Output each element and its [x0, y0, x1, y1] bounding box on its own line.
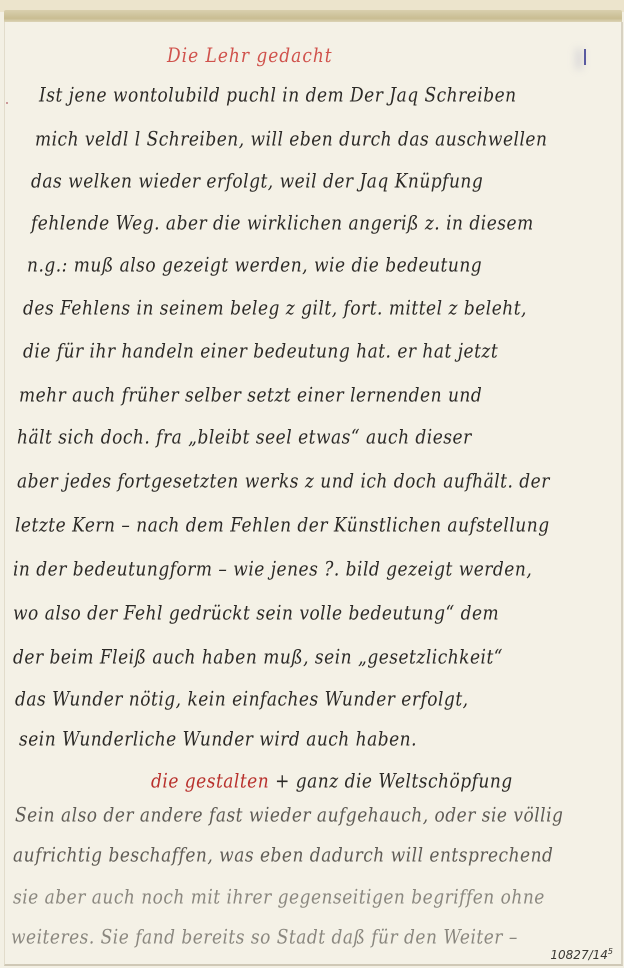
handwritten-line-8: mehr auch früher selber setzt einer lern… [19, 384, 482, 407]
handwritten-line-2: mich veldl l Schreiben, will eben durch … [35, 128, 547, 151]
blue-pencil-page-marker [584, 49, 586, 65]
handwritten-line-19: sie aber auch noch mit ihrer gegenseitig… [13, 886, 545, 909]
handwritten-line-16: sein Wunderliche Wunder wird auch haben. [19, 728, 417, 751]
handwritten-line-1: Ist jene wontolubild puchl in dem Der Ja… [39, 84, 517, 107]
subheading-grey-part: + ganz die Weltschöpfung [275, 770, 513, 793]
handwritten-line-7: die für ihr handeln einer bedeutung hat.… [23, 340, 498, 363]
red-pencil-heading: Die Lehr gedacht [167, 45, 333, 68]
handwritten-line-9: hält sich doch. fra „bleibt seel etwas“ … [17, 426, 472, 449]
handwritten-line-14: der beim Fleiß auch haben muß, sein „ges… [13, 646, 503, 669]
handwritten-line-6: des Fehlens in seinem beleg z gilt, fort… [23, 297, 527, 320]
margin-mark [6, 102, 8, 104]
handwritten-line-20: weiteres. Sie fand bereits so Stadt daß … [11, 926, 518, 949]
manuscript-page: Die Lehr gedacht Ist jene wontolubild pu… [4, 22, 623, 966]
handwritten-line-17: Sein also der andere fast wieder aufgeha… [15, 804, 563, 827]
handwritten-line-15: das Wunder nötig, kein einfaches Wunder … [15, 688, 469, 711]
handwritten-line-10: aber jedes fortgesetzten werks z und ich… [17, 470, 550, 493]
subheading: die gestalten + ganz die Weltschöpfung [151, 770, 513, 793]
handwritten-line-11: letzte Kern – nach dem Fehlen der Künstl… [15, 514, 550, 537]
manuscript-scan: Die Lehr gedacht Ist jene wontolubild pu… [0, 0, 624, 968]
subheading-red-part: die gestalten [151, 770, 269, 793]
handwritten-line-3: das welken wieder erfolgt, weil der Jaq … [31, 170, 483, 193]
handwritten-line-13: wo also der Fehl gedrückt sein volle bed… [13, 602, 499, 625]
handwritten-line-18: aufrichtig beschaffen, was eben dadurch … [13, 844, 553, 867]
archive-number-stamp: 10827/145 [550, 947, 613, 962]
handwritten-line-12: in der bedeutungform – wie jenes ?. bild… [13, 558, 532, 581]
handwritten-line-5: n.g.: muß also gezeigt werden, wie die b… [27, 254, 482, 277]
handwritten-line-4: fehlende Weg. aber die wirklichen angeri… [31, 212, 534, 235]
